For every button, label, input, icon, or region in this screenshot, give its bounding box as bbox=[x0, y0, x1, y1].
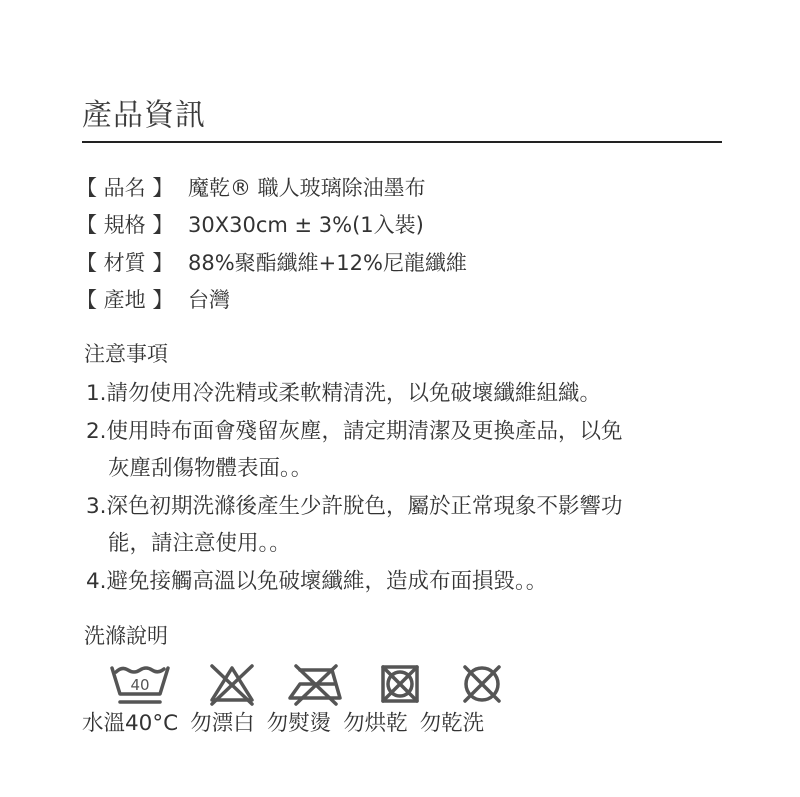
spec-row-size: 【 規格 】 30X30cm ± 3%(1入裝) bbox=[76, 206, 467, 244]
spec-key: 【 材質 】 bbox=[76, 247, 188, 277]
spec-key: 【 品名 】 bbox=[76, 172, 188, 202]
spec-value: 88%聚酯纖維+12%尼龍纖維 bbox=[188, 247, 467, 277]
care-icons: 40 bbox=[106, 660, 526, 708]
no-bleach-icon bbox=[206, 660, 258, 708]
care-label-no-dry-clean: 勿乾洗 bbox=[420, 706, 485, 737]
spec-list: 【 品名 】 魔乾® 職人玻璃除油墨布 【 規格 】 30X30cm ± 3%(… bbox=[76, 168, 467, 318]
spec-value: 台灣 bbox=[188, 284, 230, 314]
spec-row-material: 【 材質 】 88%聚酯纖維+12%尼龍纖維 bbox=[76, 243, 467, 281]
title-divider bbox=[82, 141, 722, 143]
care-label-no-tumble-dry: 勿烘乾 bbox=[343, 706, 408, 737]
notes-list: 1.請勿使用冷洗精或柔軟精清洗，以免破壞纖維組織。 2.使用時布面會殘留灰塵，請… bbox=[86, 375, 726, 600]
note-item: 4.避免接觸高溫以免破壞纖維，造成布面損毀。。 bbox=[86, 563, 726, 601]
care-title: 洗滌說明 bbox=[84, 620, 168, 650]
note-item: 3.深色初期洗滌後產生少許脫色，屬於正常現象不影響功 bbox=[86, 488, 726, 526]
no-dry-clean-icon bbox=[460, 660, 504, 708]
care-label-wash: 水溫40°C bbox=[82, 706, 178, 737]
spec-key: 【 規格 】 bbox=[76, 209, 188, 239]
care-label-no-bleach: 勿漂白 bbox=[190, 706, 255, 737]
note-item-continuation: 灰塵刮傷物體表面。。 bbox=[86, 450, 726, 488]
note-item: 1.請勿使用冷洗精或柔軟精清洗，以免破壞纖維組織。 bbox=[86, 375, 726, 413]
note-item-continuation: 能，請注意使用。。 bbox=[86, 525, 726, 563]
care-labels: 水溫40°C 勿漂白 勿熨燙 勿烘乾 勿乾洗 bbox=[82, 706, 496, 737]
spec-key: 【 產地 】 bbox=[76, 284, 188, 314]
wash-40-icon: 40 bbox=[108, 660, 172, 708]
page-title: 產品資訊 bbox=[82, 90, 206, 134]
svg-text:40: 40 bbox=[130, 676, 149, 694]
no-iron-icon bbox=[286, 660, 346, 708]
spec-value: 30X30cm ± 3%(1入裝) bbox=[188, 209, 424, 239]
care-label-no-iron: 勿熨燙 bbox=[267, 706, 332, 737]
spec-value: 魔乾® 職人玻璃除油墨布 bbox=[188, 172, 426, 202]
spec-row-origin: 【 產地 】 台灣 bbox=[76, 281, 467, 319]
note-item: 2.使用時布面會殘留灰塵，請定期清潔及更換產品，以免 bbox=[86, 413, 726, 451]
no-tumble-dry-icon bbox=[378, 660, 422, 708]
notes-title: 注意事項 bbox=[84, 338, 168, 368]
spec-row-name: 【 品名 】 魔乾® 職人玻璃除油墨布 bbox=[76, 168, 467, 206]
